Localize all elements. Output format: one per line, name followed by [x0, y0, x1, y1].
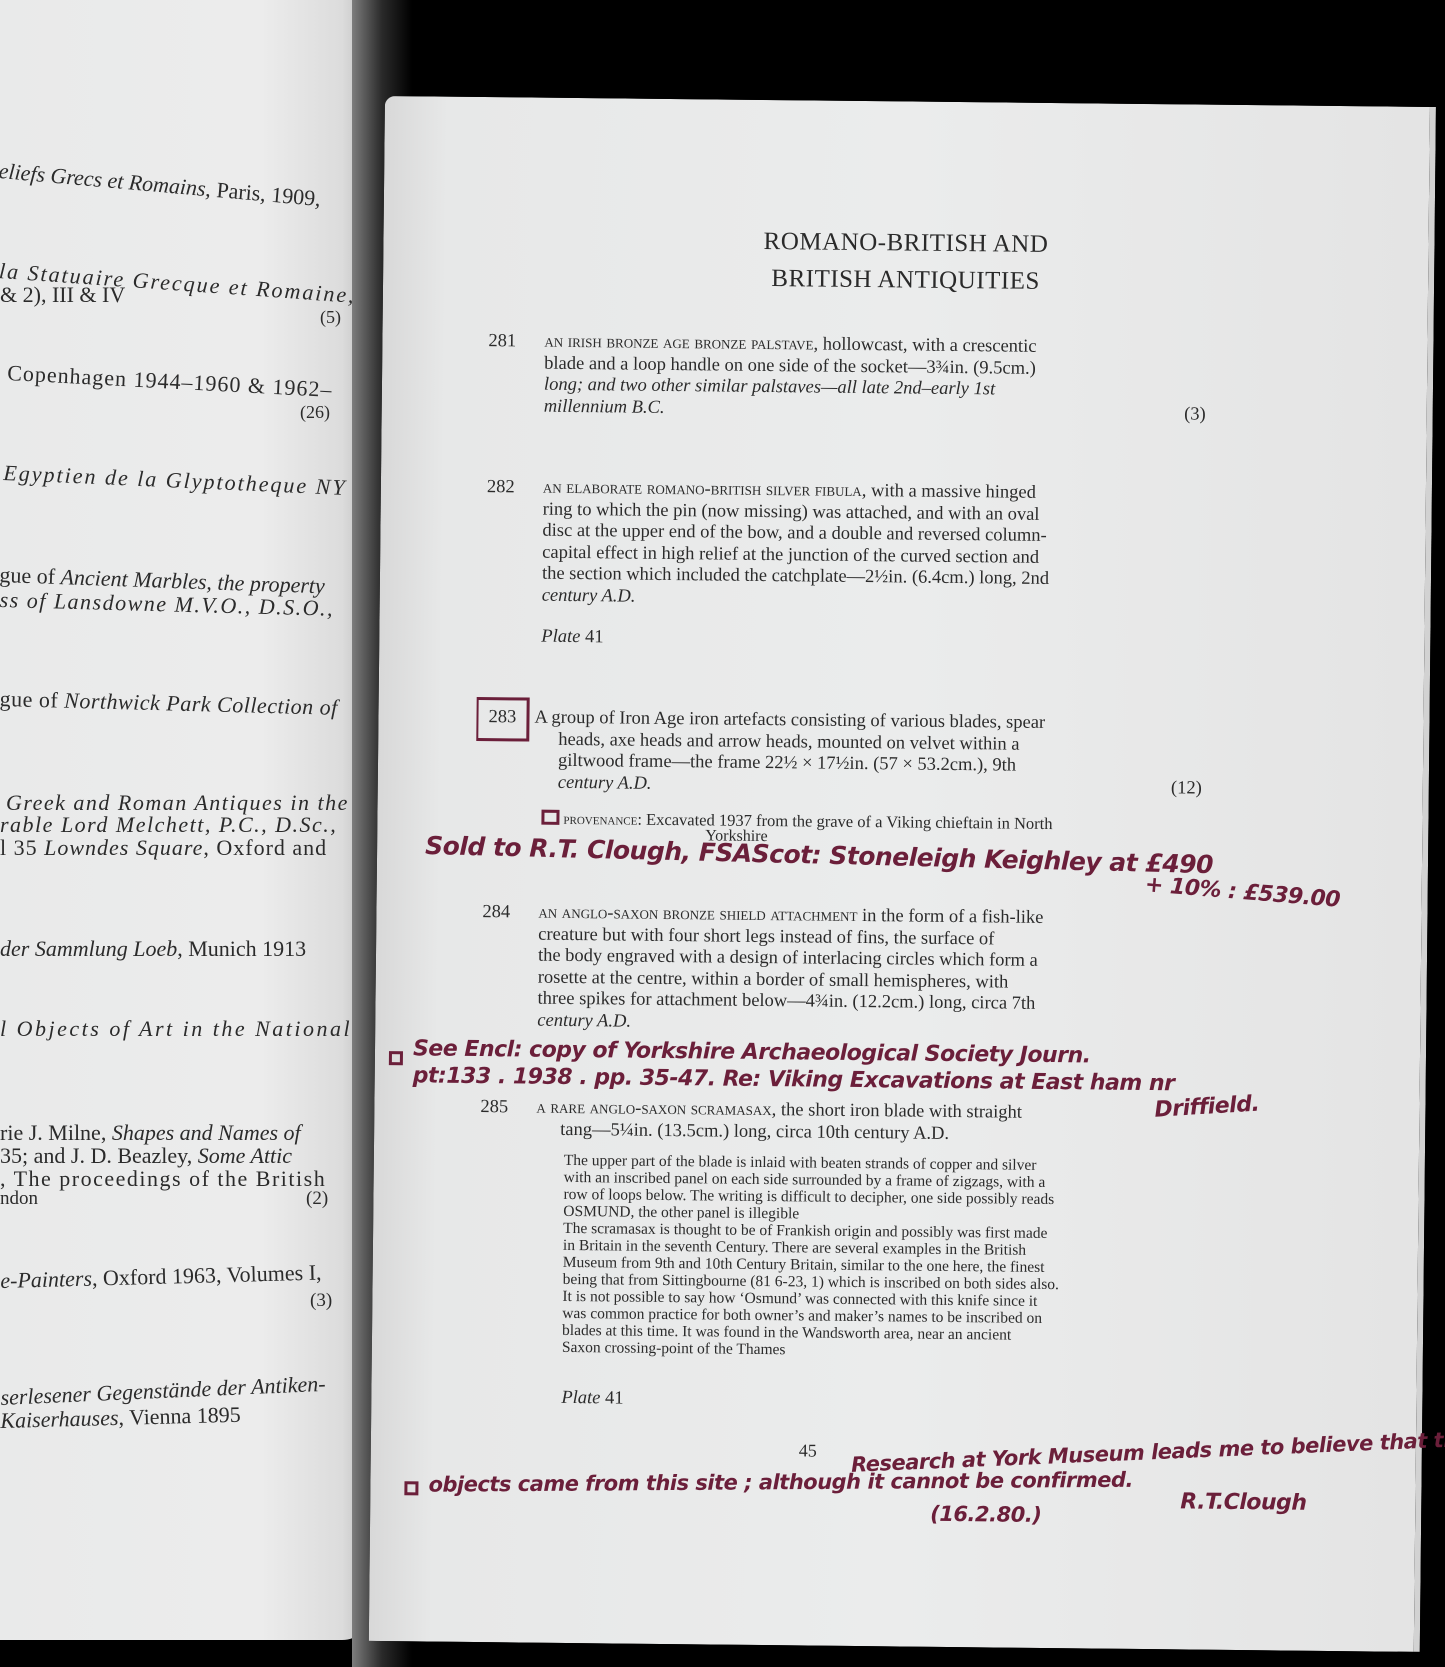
lot-description: A group of Iron Age iron artefacts consi… — [534, 708, 1175, 801]
left-line: & 2), III & IV — [0, 282, 125, 307]
handwritten-reference-note: pt:133 . 1938 . pp. 35-47. Re: Viking Ex… — [413, 1063, 1175, 1096]
left-line: (5) — [320, 305, 341, 330]
lot-quantity: (12) — [1171, 778, 1202, 800]
lot-quantity: (3) — [1184, 404, 1206, 426]
left-line: e-Painters, Oxford 1963, Volumes I, — [0, 1260, 322, 1293]
lot-number: 283 — [488, 707, 516, 729]
lot-number: 282 — [487, 477, 515, 499]
left-line: rie J. Milne, Shapes and Names of — [0, 1120, 301, 1145]
section-title: ROMANO-BRITISH AND — [383, 224, 1428, 263]
page-number: 45 — [799, 1440, 817, 1461]
left-line: eliefs Grecs et Romains, Paris, 1909, — [0, 158, 322, 211]
left-line: l Objects of Art in the National — [0, 1016, 352, 1041]
left-line: 35; and J. D. Beazley, Some Attic — [0, 1143, 292, 1168]
handwritten-sold-price: + 10% : £539.00 — [1144, 872, 1341, 913]
lot-description: an irish bronze age bronze palstave, hol… — [544, 332, 1185, 425]
handwritten-date: (16.2.80.) — [930, 1502, 1041, 1527]
lot-number: 281 — [488, 331, 516, 353]
left-page: eliefs Grecs et Romains, Paris, 1909, la… — [0, 0, 372, 1640]
handwritten-research-note: objects came from this site ; although i… — [428, 1468, 1133, 1497]
lot-description: an anglo-saxon bronze shield attachment … — [537, 903, 1178, 1039]
lot-description: a rare anglo-saxon scramasax, the short … — [536, 1098, 1176, 1148]
left-line: (26) — [300, 400, 330, 425]
left-line: , The proceedings of the British — [0, 1166, 326, 1191]
left-line: gue of Northwick Park Collection of — [0, 686, 338, 720]
left-line: der Sammlung Loeb, Munich 1913 — [0, 936, 306, 961]
left-line: ndon — [0, 1186, 38, 1211]
left-line: Egyptien de la Glyptotheque NY — [3, 460, 347, 500]
left-line: l 35 Lowndes Square, Oxford and — [0, 835, 327, 860]
lot-note: The upper part of the blade is inlaid wi… — [562, 1152, 1060, 1361]
handwritten-signature: R.T.Clough — [1180, 1489, 1306, 1515]
left-line: (2) — [306, 1186, 328, 1211]
checkbox-ink-mark — [404, 1481, 418, 1495]
lot-281: 281 an irish bronze age bronze palstave,… — [488, 331, 1259, 429]
provenance: provenance: Excavated 1937 from the grav… — [563, 808, 1052, 836]
lot-number: 284 — [482, 902, 510, 924]
lot-282: 282 an elaborate romano-british silver f… — [485, 477, 1257, 655]
checkbox-ink-mark — [389, 1051, 403, 1065]
right-page: ROMANO-BRITISH AND BRITISH ANTIQUITIES 2… — [369, 96, 1436, 1652]
lot-284: 284 an anglo-saxon bronze shield attachm… — [481, 902, 1252, 1050]
left-line: Kaiserhauses, Vienna 1895 — [0, 1402, 241, 1433]
lot-number: 285 — [480, 1097, 508, 1119]
lot-285: 285 a rare anglo-saxon scramasax, the sh… — [477, 1097, 1250, 1435]
section-title: BRITISH ANTIQUITIES — [383, 261, 1428, 300]
lot-description: an elaborate romano-british silver fibul… — [541, 478, 1183, 655]
left-line: Copenhagen 1944–1960 & 1962– — [7, 360, 333, 402]
plate-reference: Plate 41 — [561, 1388, 623, 1410]
checkbox-ink-mark — [541, 810, 559, 825]
left-line: rable Lord Melchett, P.C., D.Sc., — [0, 812, 337, 837]
left-line: (3) — [310, 1288, 332, 1313]
